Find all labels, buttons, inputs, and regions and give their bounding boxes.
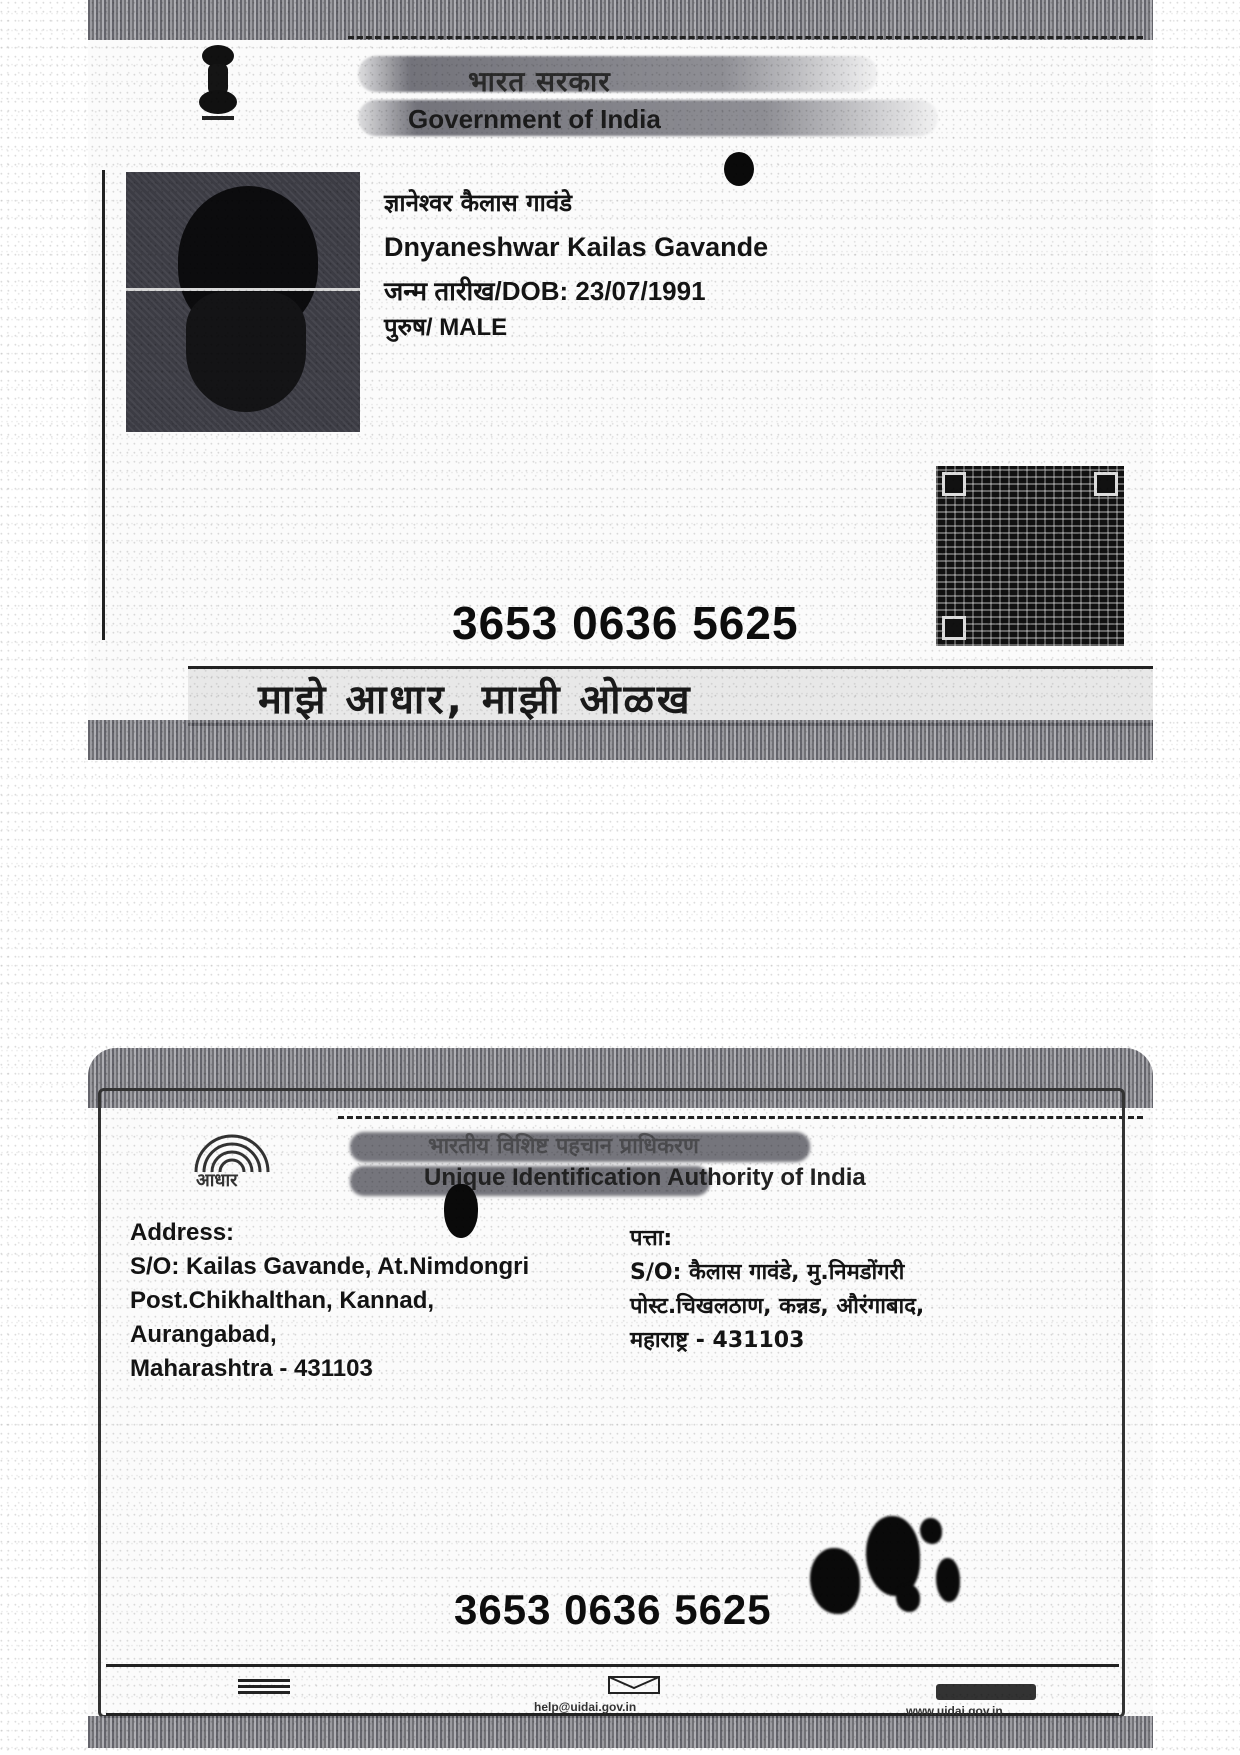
address-label: Address:: [130, 1216, 610, 1250]
card-top-edge: [88, 0, 1153, 40]
aadhaar-number-back: 3653 0636 5625: [454, 1586, 772, 1634]
ink-smudge: [936, 1558, 960, 1602]
card-bottom-edge: [88, 1716, 1153, 1748]
dashed-rule: [348, 36, 1143, 39]
header-band: [358, 56, 878, 92]
mail-icon: [608, 1676, 660, 1694]
aadhaar-front-card: भारत सरकार Government of India ज्ञानेश्व…: [88, 0, 1153, 760]
aadhaar-logo-label: आधार: [196, 1168, 238, 1192]
qr-finder: [942, 616, 966, 640]
qr-finder: [942, 472, 966, 496]
address-label-hindi: पत्ता:: [630, 1222, 1050, 1256]
address-line-hindi: पोस्ट.चिखलठाण, कन्नड, औरंगाबाद,: [630, 1290, 1050, 1324]
ink-smudge: [810, 1548, 860, 1614]
address-english: Address: S/O: Kailas Gavande, At.Nimdong…: [130, 1216, 610, 1386]
ink-smudge: [896, 1584, 920, 1612]
card-left-rule: [102, 170, 105, 640]
gender: पुरुष/ MALE: [384, 310, 507, 343]
government-title-hindi: भारत सरकार: [468, 62, 611, 100]
website-logo: [936, 1684, 1036, 1700]
holder-name-hindi: ज्ञानेश्वर कैलास गावंडे: [384, 186, 572, 219]
address-line: S/O: Kailas Gavande, At.Nimdongri: [130, 1250, 610, 1284]
phone-icon: [238, 1676, 290, 1694]
qr-finder: [1094, 472, 1118, 496]
aadhaar-number: 3653 0636 5625: [452, 596, 799, 650]
address-hindi: पत्ता: S/O: कैलास गावंडे, मु.निमडोंगरी प…: [630, 1222, 1050, 1358]
qr-code-icon: [936, 466, 1124, 646]
address-line: Aurangabad,: [130, 1318, 610, 1352]
uidai-title-english: Unique Identification Authority of India: [424, 1164, 866, 1192]
card-bottom-edge: [88, 720, 1153, 760]
ink-blot: [724, 152, 754, 186]
address-line-hindi: महाराष्ट्र - 431103: [630, 1324, 1050, 1358]
photo-crease: [126, 288, 360, 291]
address-line: Maharashtra - 431103: [130, 1352, 610, 1386]
help-email: help@uidai.gov.in: [534, 1700, 636, 1714]
aadhaar-back-card: आधार भारतीय विशिष्ट पहचान प्राधिकरण Uniq…: [88, 1048, 1153, 1748]
national-emblem-icon: [196, 42, 240, 130]
date-of-birth: जन्म तारीख/DOB: 23/07/1991: [384, 272, 706, 308]
address-line: Post.Chikhalthan, Kannad,: [130, 1284, 610, 1318]
photo-body: [186, 292, 306, 412]
holder-name: Dnyaneshwar Kailas Gavande: [384, 232, 768, 263]
government-title-english: Government of India: [408, 104, 661, 135]
address-line-hindi: S/O: कैलास गावंडे, मु.निमडोंगरी: [630, 1256, 1050, 1290]
uidai-title-hindi: भारतीय विशिष्ट पहचान प्राधिकरण: [428, 1130, 699, 1160]
holder-photo: [126, 172, 360, 432]
motto-text: माझे आधार, माझी ओळख: [258, 670, 693, 725]
ink-smudge: [920, 1518, 942, 1544]
